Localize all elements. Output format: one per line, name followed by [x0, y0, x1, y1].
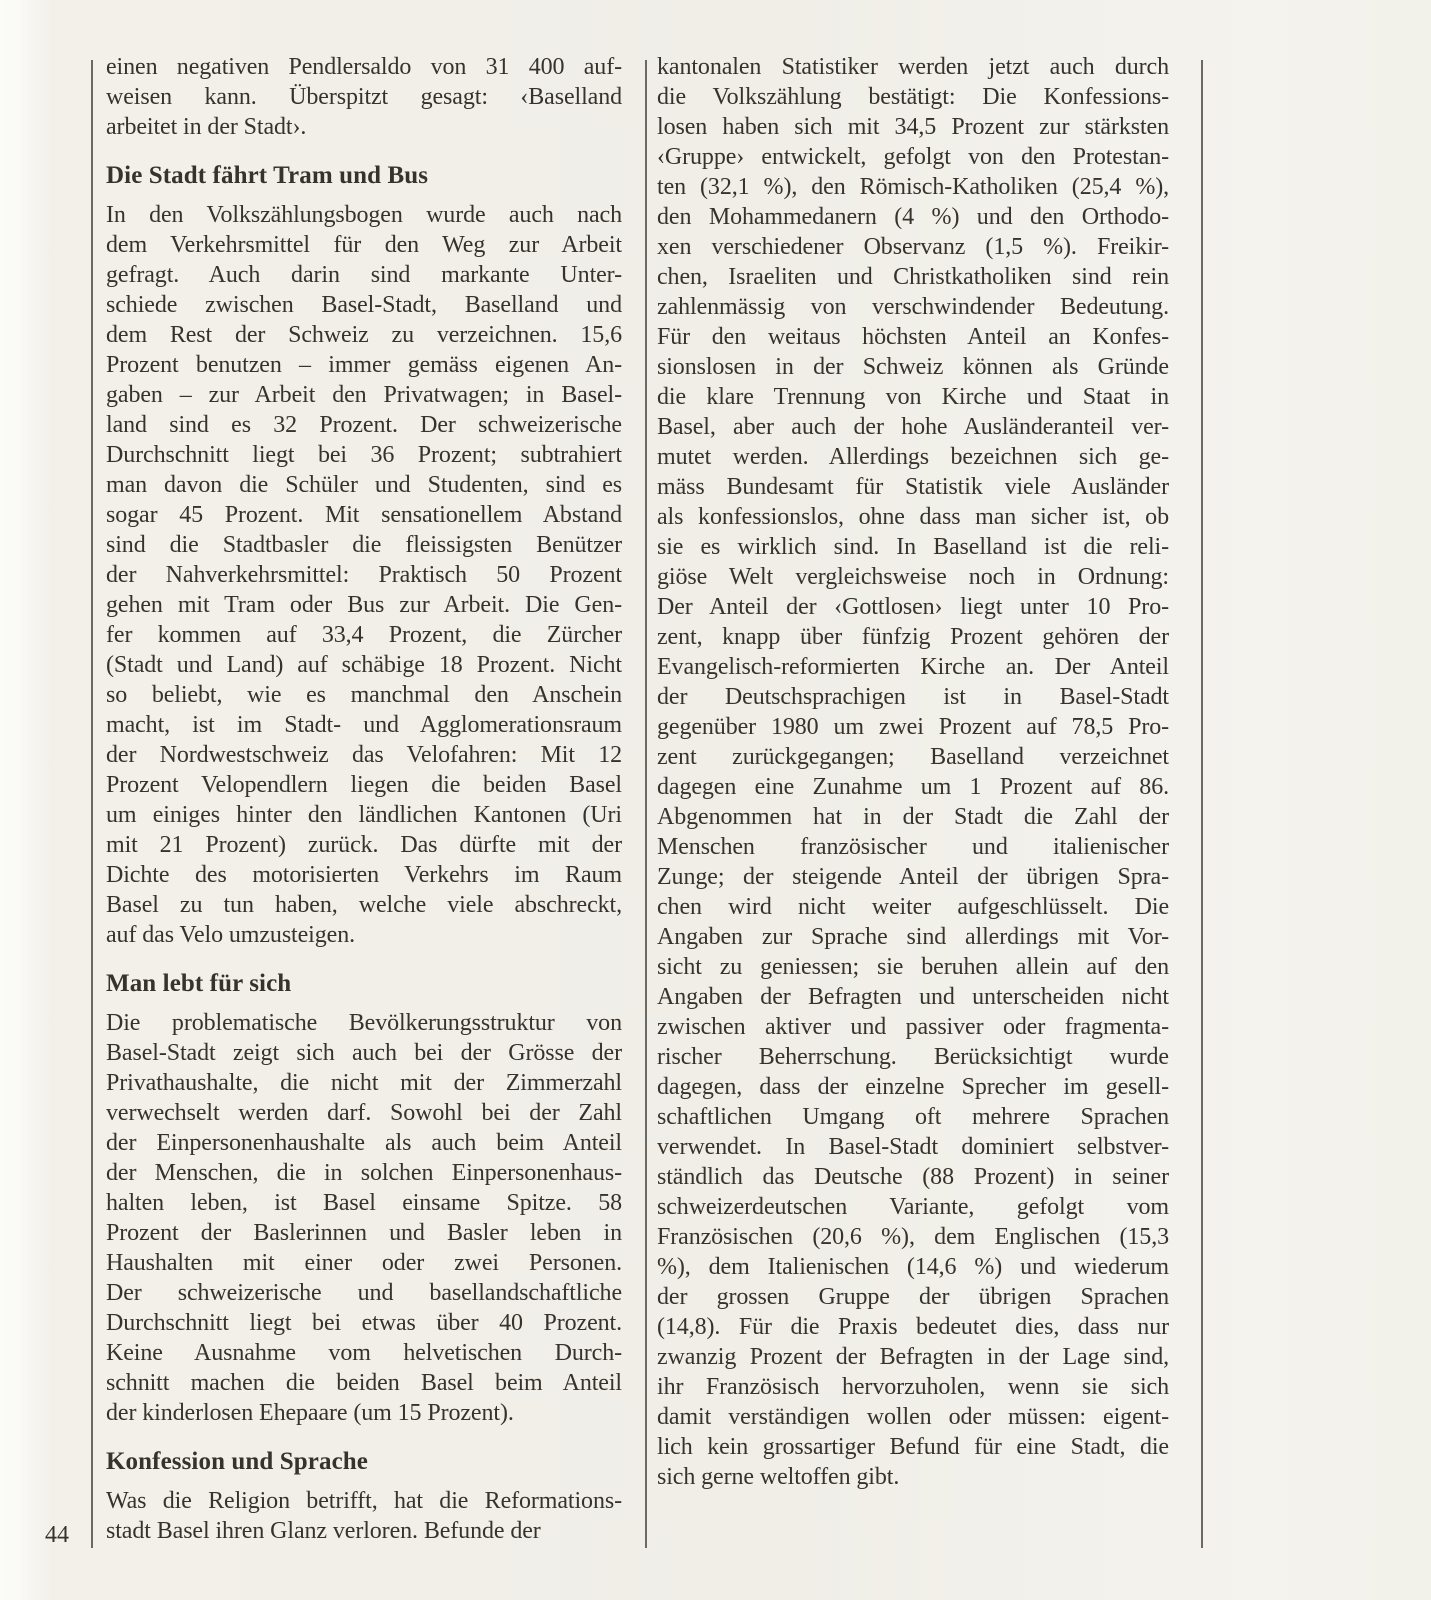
text-line: (14,8). Für die Praxis bedeutet dies, da…: [657, 1312, 1169, 1342]
text-line: chen, Israeliten und Christkatholiken si…: [657, 262, 1169, 292]
text-line: ten (32,1 %), den Römisch-Katholiken (25…: [657, 172, 1169, 202]
text-line: zent zurückgegangen; Baselland verzeichn…: [657, 742, 1169, 772]
text-line: sicht zu geniessen; sie beruhen allein a…: [657, 952, 1169, 982]
paragraph: einen negativen Pendlersaldo von 31 400 …: [106, 52, 622, 142]
paragraph: Was die Religion betrifft, hat die Refor…: [106, 1486, 622, 1546]
text-line: als konfessionslos, ohne dass man sicher…: [657, 502, 1169, 532]
text-line: man davon die Schüler und Studenten, sin…: [106, 470, 622, 500]
text-line: ständlich das Deutsche (88 Prozent) in s…: [657, 1162, 1169, 1192]
text-line: zent, knapp über fünfzig Prozent gehören…: [657, 622, 1169, 652]
text-line: halten leben, ist Basel einsame Spitze. …: [106, 1188, 622, 1218]
text-line: ‹Gruppe› entwickelt, gefolgt von den Pro…: [657, 142, 1169, 172]
text-line: Durchschnitt liegt bei etwas über 40 Pro…: [106, 1308, 622, 1338]
text-line: Haushalten mit einer oder zwei Personen.: [106, 1248, 622, 1278]
text-line: (Stadt und Land) auf schäbige 18 Prozent…: [106, 650, 622, 680]
text-line: verwendet. In Basel-Stadt dominiert selb…: [657, 1132, 1169, 1162]
text-line: der kinderlosen Ehepaare (um 15 Prozent)…: [106, 1398, 622, 1428]
text-line: sind die Stadtbasler die fleissigsten Be…: [106, 530, 622, 560]
paragraph: kantonalen Statistiker werden jetzt auch…: [657, 52, 1169, 1492]
text-line: Angaben zur Sprache sind allerdings mit …: [657, 922, 1169, 952]
text-line: zwanzig Prozent der Befragten in der Lag…: [657, 1342, 1169, 1372]
text-line: Durchschnitt liegt bei 36 Prozent; subtr…: [106, 440, 622, 470]
text-line: der Deutschsprachigen ist in Basel-Stadt: [657, 682, 1169, 712]
text-line: dagegen eine Zunahme um 1 Prozent auf 86…: [657, 772, 1169, 802]
text-line: arbeitet in der Stadt›.: [106, 112, 622, 142]
text-line: der Nahverkehrsmittel: Praktisch 50 Proz…: [106, 560, 622, 590]
text-line: Der Anteil der ‹Gottlosen› liegt unter 1…: [657, 592, 1169, 622]
text-line: chen wird nicht weiter aufgeschlüsselt. …: [657, 892, 1169, 922]
text-line: Prozent der Baslerinnen und Basler leben…: [106, 1218, 622, 1248]
text-line: Evangelisch-reformierten Kirche an. Der …: [657, 652, 1169, 682]
text-line: der grossen Gruppe der übrigen Sprachen: [657, 1282, 1169, 1312]
text-line: Die problematische Bevölkerungsstruktur …: [106, 1008, 622, 1038]
text-line: der Nordwestschweiz das Velofahren: Mit …: [106, 740, 622, 770]
text-line: schaftlichen Umgang oft mehrere Sprachen: [657, 1102, 1169, 1132]
text-line: zahlenmässig von verschwindender Bedeutu…: [657, 292, 1169, 322]
article-column-right: kantonalen Statistiker werden jetzt auch…: [657, 52, 1169, 1492]
left-margin-rule: [91, 60, 93, 1548]
text-line: giöse Welt vergleichsweise noch in Ordnu…: [657, 562, 1169, 592]
text-line: um einiges hinter den ländlichen Kantone…: [106, 800, 622, 830]
right-margin-rule: [1201, 60, 1203, 1548]
text-line: Französischen (20,6 %), dem Englischen (…: [657, 1222, 1169, 1252]
text-line: die klare Trennung von Kirche und Staat …: [657, 382, 1169, 412]
text-line: Angaben der Befragten und unterscheiden …: [657, 982, 1169, 1012]
text-line: stadt Basel ihren Glanz verloren. Befund…: [106, 1516, 622, 1546]
text-line: weisen kann. Überspitzt gesagt: ‹Basella…: [106, 82, 622, 112]
text-line: dagegen, dass der einzelne Sprecher im g…: [657, 1072, 1169, 1102]
paragraph: In den Volkszählungsbogen wurde auch nac…: [106, 200, 622, 950]
text-line: Keine Ausnahme vom helvetischen Durch-: [106, 1338, 622, 1368]
text-line: kantonalen Statistiker werden jetzt auch…: [657, 52, 1169, 82]
text-line: Dichte des motorisierten Verkehrs im Rau…: [106, 860, 622, 890]
text-line: land sind es 32 Prozent. Der schweizeris…: [106, 410, 622, 440]
text-line: macht, ist im Stadt- und Agglomerationsr…: [106, 710, 622, 740]
column-divider-rule: [645, 60, 647, 1548]
page-number: 44: [45, 1520, 69, 1550]
text-line: gaben – zur Arbeit den Privatwagen; in B…: [106, 380, 622, 410]
text-line: Basel, aber auch der hohe Ausländerantei…: [657, 412, 1169, 442]
text-line: Der schweizerische und basellandschaftli…: [106, 1278, 622, 1308]
text-line: Zunge; der steigende Anteil der übrigen …: [657, 862, 1169, 892]
text-line: sich gerne weltoffen gibt.: [657, 1462, 1169, 1492]
text-line: gehen mit Tram oder Bus zur Arbeit. Die …: [106, 590, 622, 620]
text-line: rischer Beherrschung. Berücksichtigt wur…: [657, 1042, 1169, 1072]
text-line: %), dem Italienischen (14,6 %) und wiede…: [657, 1252, 1169, 1282]
section-heading: Konfession und Sprache: [106, 1447, 622, 1477]
text-line: zwischen aktiver und passiver oder fragm…: [657, 1012, 1169, 1042]
text-line: sie es wirklich sind. In Baselland ist d…: [657, 532, 1169, 562]
text-line: einen negativen Pendlersaldo von 31 400 …: [106, 52, 622, 82]
text-line: Menschen französischer und italienischer: [657, 832, 1169, 862]
text-line: In den Volkszählungsbogen wurde auch nac…: [106, 200, 622, 230]
text-line: schiede zwischen Basel-Stadt, Baselland …: [106, 290, 622, 320]
text-line: Basel-Stadt zeigt sich auch bei der Grös…: [106, 1038, 622, 1068]
text-line: dem Verkehrsmittel für den Weg zur Arbei…: [106, 230, 622, 260]
section-heading: Die Stadt fährt Tram und Bus: [106, 161, 622, 191]
text-line: sionslosen in der Schweiz können als Grü…: [657, 352, 1169, 382]
text-line: fer kommen auf 33,4 Prozent, die Zürcher: [106, 620, 622, 650]
text-line: gefragt. Auch darin sind markante Unter-: [106, 260, 622, 290]
text-line: schweizerdeutschen Variante, gefolgt vom: [657, 1192, 1169, 1222]
text-line: losen haben sich mit 34,5 Prozent zur st…: [657, 112, 1169, 142]
paragraph: Die problematische Bevölkerungsstruktur …: [106, 1008, 622, 1428]
text-line: die Volkszählung bestätigt: Die Konfessi…: [657, 82, 1169, 112]
text-line: lich kein grossartiger Befund für eine S…: [657, 1432, 1169, 1462]
text-line: Abgenommen hat in der Stadt die Zahl der: [657, 802, 1169, 832]
text-line: so beliebt, wie es manchmal den Anschein: [106, 680, 622, 710]
text-line: ihr Französisch hervorzuholen, wenn sie …: [657, 1372, 1169, 1402]
text-line: auf das Velo umzusteigen.: [106, 920, 622, 950]
text-line: Prozent benutzen – immer gemäss eigenen …: [106, 350, 622, 380]
text-line: schnitt machen die beiden Basel beim Ant…: [106, 1368, 622, 1398]
text-line: dem Rest der Schweiz zu verzeichnen. 15,…: [106, 320, 622, 350]
text-line: mäss Bundesamt für Statistik viele Auslä…: [657, 472, 1169, 502]
section-heading: Man lebt für sich: [106, 969, 622, 999]
text-line: verwechselt werden darf. Sowohl bei der …: [106, 1098, 622, 1128]
text-line: Privathaushalte, die nicht mit der Zimme…: [106, 1068, 622, 1098]
article-column-left: einen negativen Pendlersaldo von 31 400 …: [106, 52, 622, 1546]
text-line: gegenüber 1980 um zwei Prozent auf 78,5 …: [657, 712, 1169, 742]
text-line: damit verständigen wollen oder müssen: e…: [657, 1402, 1169, 1432]
text-line: Basel zu tun haben, welche viele abschre…: [106, 890, 622, 920]
text-line: Für den weitaus höchsten Anteil an Konfe…: [657, 322, 1169, 352]
text-line: mutet werden. Allerdings bezeichnen sich…: [657, 442, 1169, 472]
text-line: der Menschen, die in solchen Einpersonen…: [106, 1158, 622, 1188]
text-line: xen verschiedener Observanz (1,5 %). Fre…: [657, 232, 1169, 262]
text-line: mit 21 Prozent) zurück. Das dürfte mit d…: [106, 830, 622, 860]
text-line: Was die Religion betrifft, hat die Refor…: [106, 1486, 622, 1516]
text-line: Prozent Velopendlern liegen die beiden B…: [106, 770, 622, 800]
text-line: sogar 45 Prozent. Mit sensationellem Abs…: [106, 500, 622, 530]
text-line: der Einpersonenhaushalte als auch beim A…: [106, 1128, 622, 1158]
text-line: den Mohammedanern (4 %) und den Orthodo-: [657, 202, 1169, 232]
